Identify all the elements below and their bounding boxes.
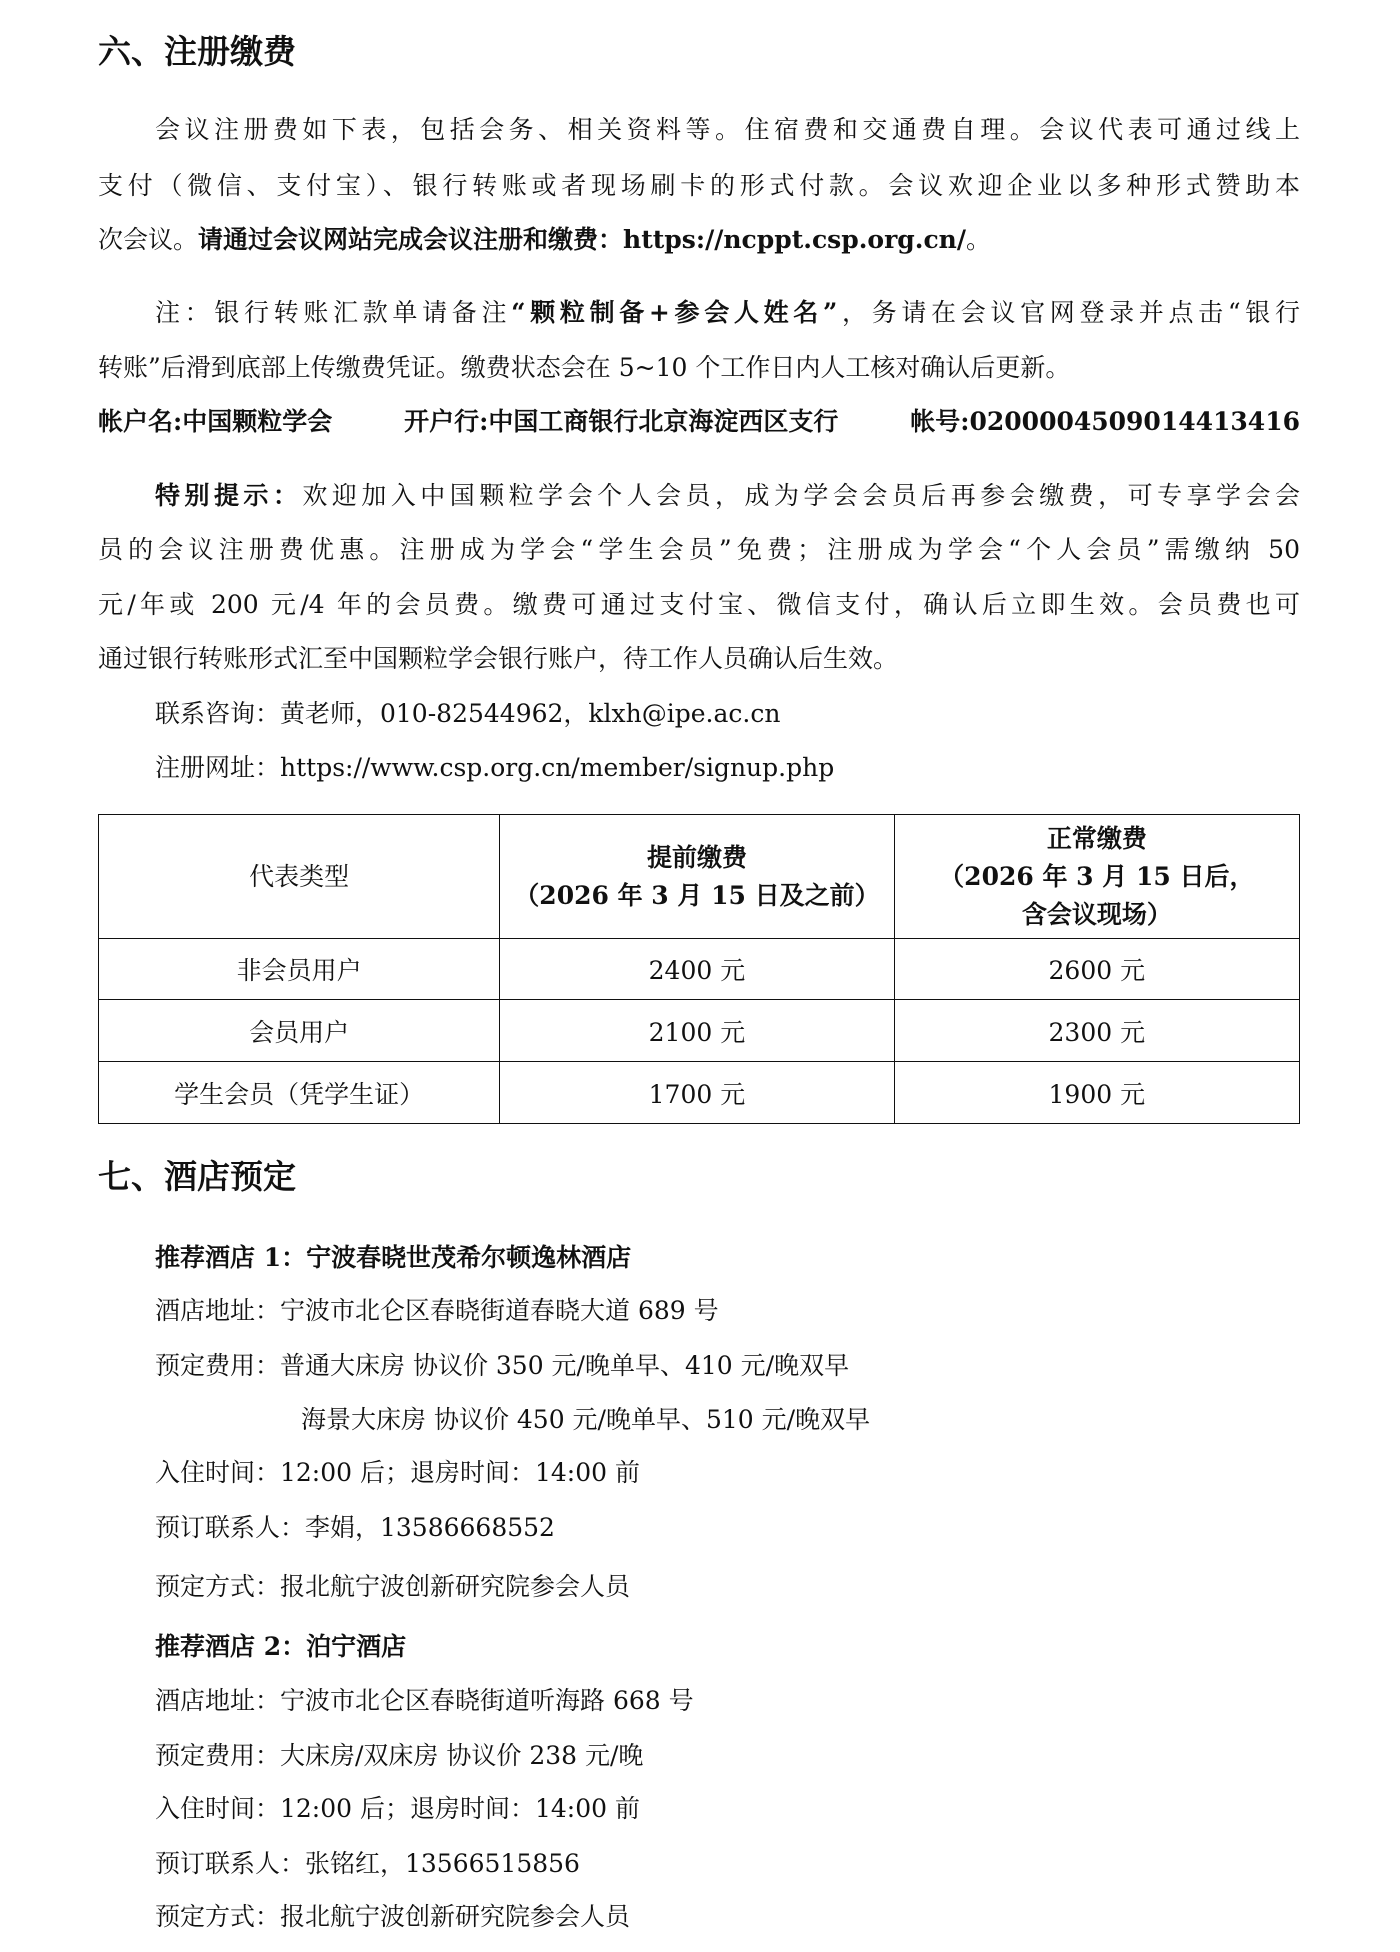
special-notice-line1: 特别提示：欢迎加入中国颗粒学会个人会员，成为学会会员后再参会缴费，可专享学会会 bbox=[155, 478, 1300, 514]
hotel-1-address: 酒店地址：宁波市北仑区春晓街道春晓大道 689 号 bbox=[155, 1293, 719, 1329]
hotel-1-method: 预定方式：报北航宁波创新研究院参会人员 bbox=[155, 1569, 630, 1605]
cell-type: 会员用户 bbox=[99, 1000, 500, 1062]
header-early-fee: 提前缴费 （2026 年 3 月 15 日及之前） bbox=[500, 815, 894, 939]
section-title-hotel: 七、酒店预定 bbox=[98, 1157, 296, 1197]
table-row: 非会员用户 2400 元 2600 元 bbox=[99, 939, 1300, 1000]
special-notice-line4: 通过银行转账形式汇至中国颗粒学会银行账户，待工作人员确认后生效。 bbox=[98, 641, 898, 677]
registration-para-text: 次会议。 bbox=[98, 225, 198, 254]
cell-early: 1700 元 bbox=[500, 1062, 894, 1124]
bank-account-info: 帐户名:中国颗粒学会 开户行:中国工商银行北京海淀西区支行 帐号:0200004… bbox=[98, 404, 1300, 440]
hotel-1-fee-line1: 预定费用：普通大床房 协议价 350 元/晚单早、410 元/晚双早 bbox=[155, 1348, 849, 1384]
registration-para-end: 。 bbox=[966, 225, 991, 254]
header-type: 代表类型 bbox=[99, 815, 500, 939]
registration-website-link[interactable]: 请通过会议网站完成会议注册和缴费：https://ncppt.csp.org.c… bbox=[198, 225, 966, 254]
account-name: 帐户名:中国颗粒学会 bbox=[98, 404, 332, 440]
hotel-2-title: 推荐酒店 2：泊宁酒店 bbox=[155, 1629, 406, 1665]
bank-note-remark: “颗粒制备+参会人姓名” bbox=[511, 298, 837, 327]
section-title-registration: 六、注册缴费 bbox=[98, 32, 296, 72]
contact-info: 联系咨询：黄老师，010-82544962，klxh@ipe.ac.cn bbox=[155, 696, 780, 732]
account-number: 帐号:0200004509014413416 bbox=[910, 404, 1300, 440]
cell-type: 非会员用户 bbox=[99, 939, 500, 1000]
bank-note-line1: 注：银行转账汇款单请备注“颗粒制备+参会人姓名”，务请在会议官网登录并点击“银行 bbox=[155, 295, 1300, 331]
hotel-1-fee-line2: 海景大床房 协议价 450 元/晚单早、510 元/晚双早 bbox=[301, 1402, 870, 1438]
table-header-row: 代表类型 提前缴费 （2026 年 3 月 15 日及之前） 正常缴费 （202… bbox=[99, 815, 1300, 939]
registration-para-line1: 会议注册费如下表，包括会务、相关资料等。住宿费和交通费自理。会议代表可通过线上 bbox=[155, 112, 1300, 148]
hotel-2-address: 酒店地址：宁波市北仑区春晓街道听海路 668 号 bbox=[155, 1683, 694, 1719]
special-notice-line3: 元/年或 200 元/4 年的会员费。缴费可通过支付宝、微信支付，确认后立即生效… bbox=[98, 587, 1300, 623]
special-notice-line2: 员的会议注册费优惠。注册成为学会“学生会员”免费；注册成为学会“个人会员”需缴纳… bbox=[98, 532, 1300, 568]
hotel-2-method: 预定方式：报北航宁波创新研究院参会人员 bbox=[155, 1899, 630, 1935]
table-row: 学生会员（凭学生证） 1700 元 1900 元 bbox=[99, 1062, 1300, 1124]
special-notice-text: 欢迎加入中国颗粒学会个人会员，成为学会会员后再参会缴费，可专享学会会 bbox=[302, 481, 1300, 510]
bank-note-text: 注：银行转账汇款单请备注 bbox=[155, 298, 511, 327]
table-row: 会员用户 2100 元 2300 元 bbox=[99, 1000, 1300, 1062]
header-normal-fee: 正常缴费 （2026 年 3 月 15 日后， 含会议现场） bbox=[894, 815, 1299, 939]
cell-type: 学生会员（凭学生证） bbox=[99, 1062, 500, 1124]
registration-para-line3: 次会议。请通过会议网站完成会议注册和缴费：https://ncppt.csp.o… bbox=[98, 222, 991, 258]
hotel-1-contact: 预订联系人：李娟，13586668552 bbox=[155, 1510, 555, 1546]
hotel-1-checkin: 入住时间：12:00 后；退房时间：14:00 前 bbox=[155, 1455, 640, 1491]
cell-normal: 1900 元 bbox=[894, 1062, 1299, 1124]
cell-normal: 2600 元 bbox=[894, 939, 1299, 1000]
hotel-2-contact: 预订联系人：张铭红，13566515856 bbox=[155, 1846, 580, 1882]
hotel-2-checkin: 入住时间：12:00 后；退房时间：14:00 前 bbox=[155, 1791, 640, 1827]
registration-fee-table: 代表类型 提前缴费 （2026 年 3 月 15 日及之前） 正常缴费 （202… bbox=[98, 814, 1300, 1124]
account-bank: 开户行:中国工商银行北京海淀西区支行 bbox=[404, 404, 838, 440]
bank-note-line2: 转账”后滑到底部上传缴费凭证。缴费状态会在 5~10 个工作日内人工核对确认后更… bbox=[98, 350, 1070, 386]
signup-url[interactable]: 注册网址：https://www.csp.org.cn/member/signu… bbox=[155, 750, 834, 786]
registration-para-line2: 支付（微信、支付宝）、银行转账或者现场刷卡的形式付款。会议欢迎企业以多种形式赞助… bbox=[98, 168, 1300, 204]
hotel-1-title: 推荐酒店 1：宁波春晓世茂希尔顿逸林酒店 bbox=[155, 1240, 631, 1276]
cell-normal: 2300 元 bbox=[894, 1000, 1299, 1062]
hotel-2-fee: 预定费用：大床房/双床房 协议价 238 元/晚 bbox=[155, 1738, 643, 1774]
special-notice-label: 特别提示： bbox=[155, 481, 302, 510]
bank-note-text-2: ，务请在会议官网登录并点击“银行 bbox=[837, 298, 1300, 327]
cell-early: 2100 元 bbox=[500, 1000, 894, 1062]
cell-early: 2400 元 bbox=[500, 939, 894, 1000]
